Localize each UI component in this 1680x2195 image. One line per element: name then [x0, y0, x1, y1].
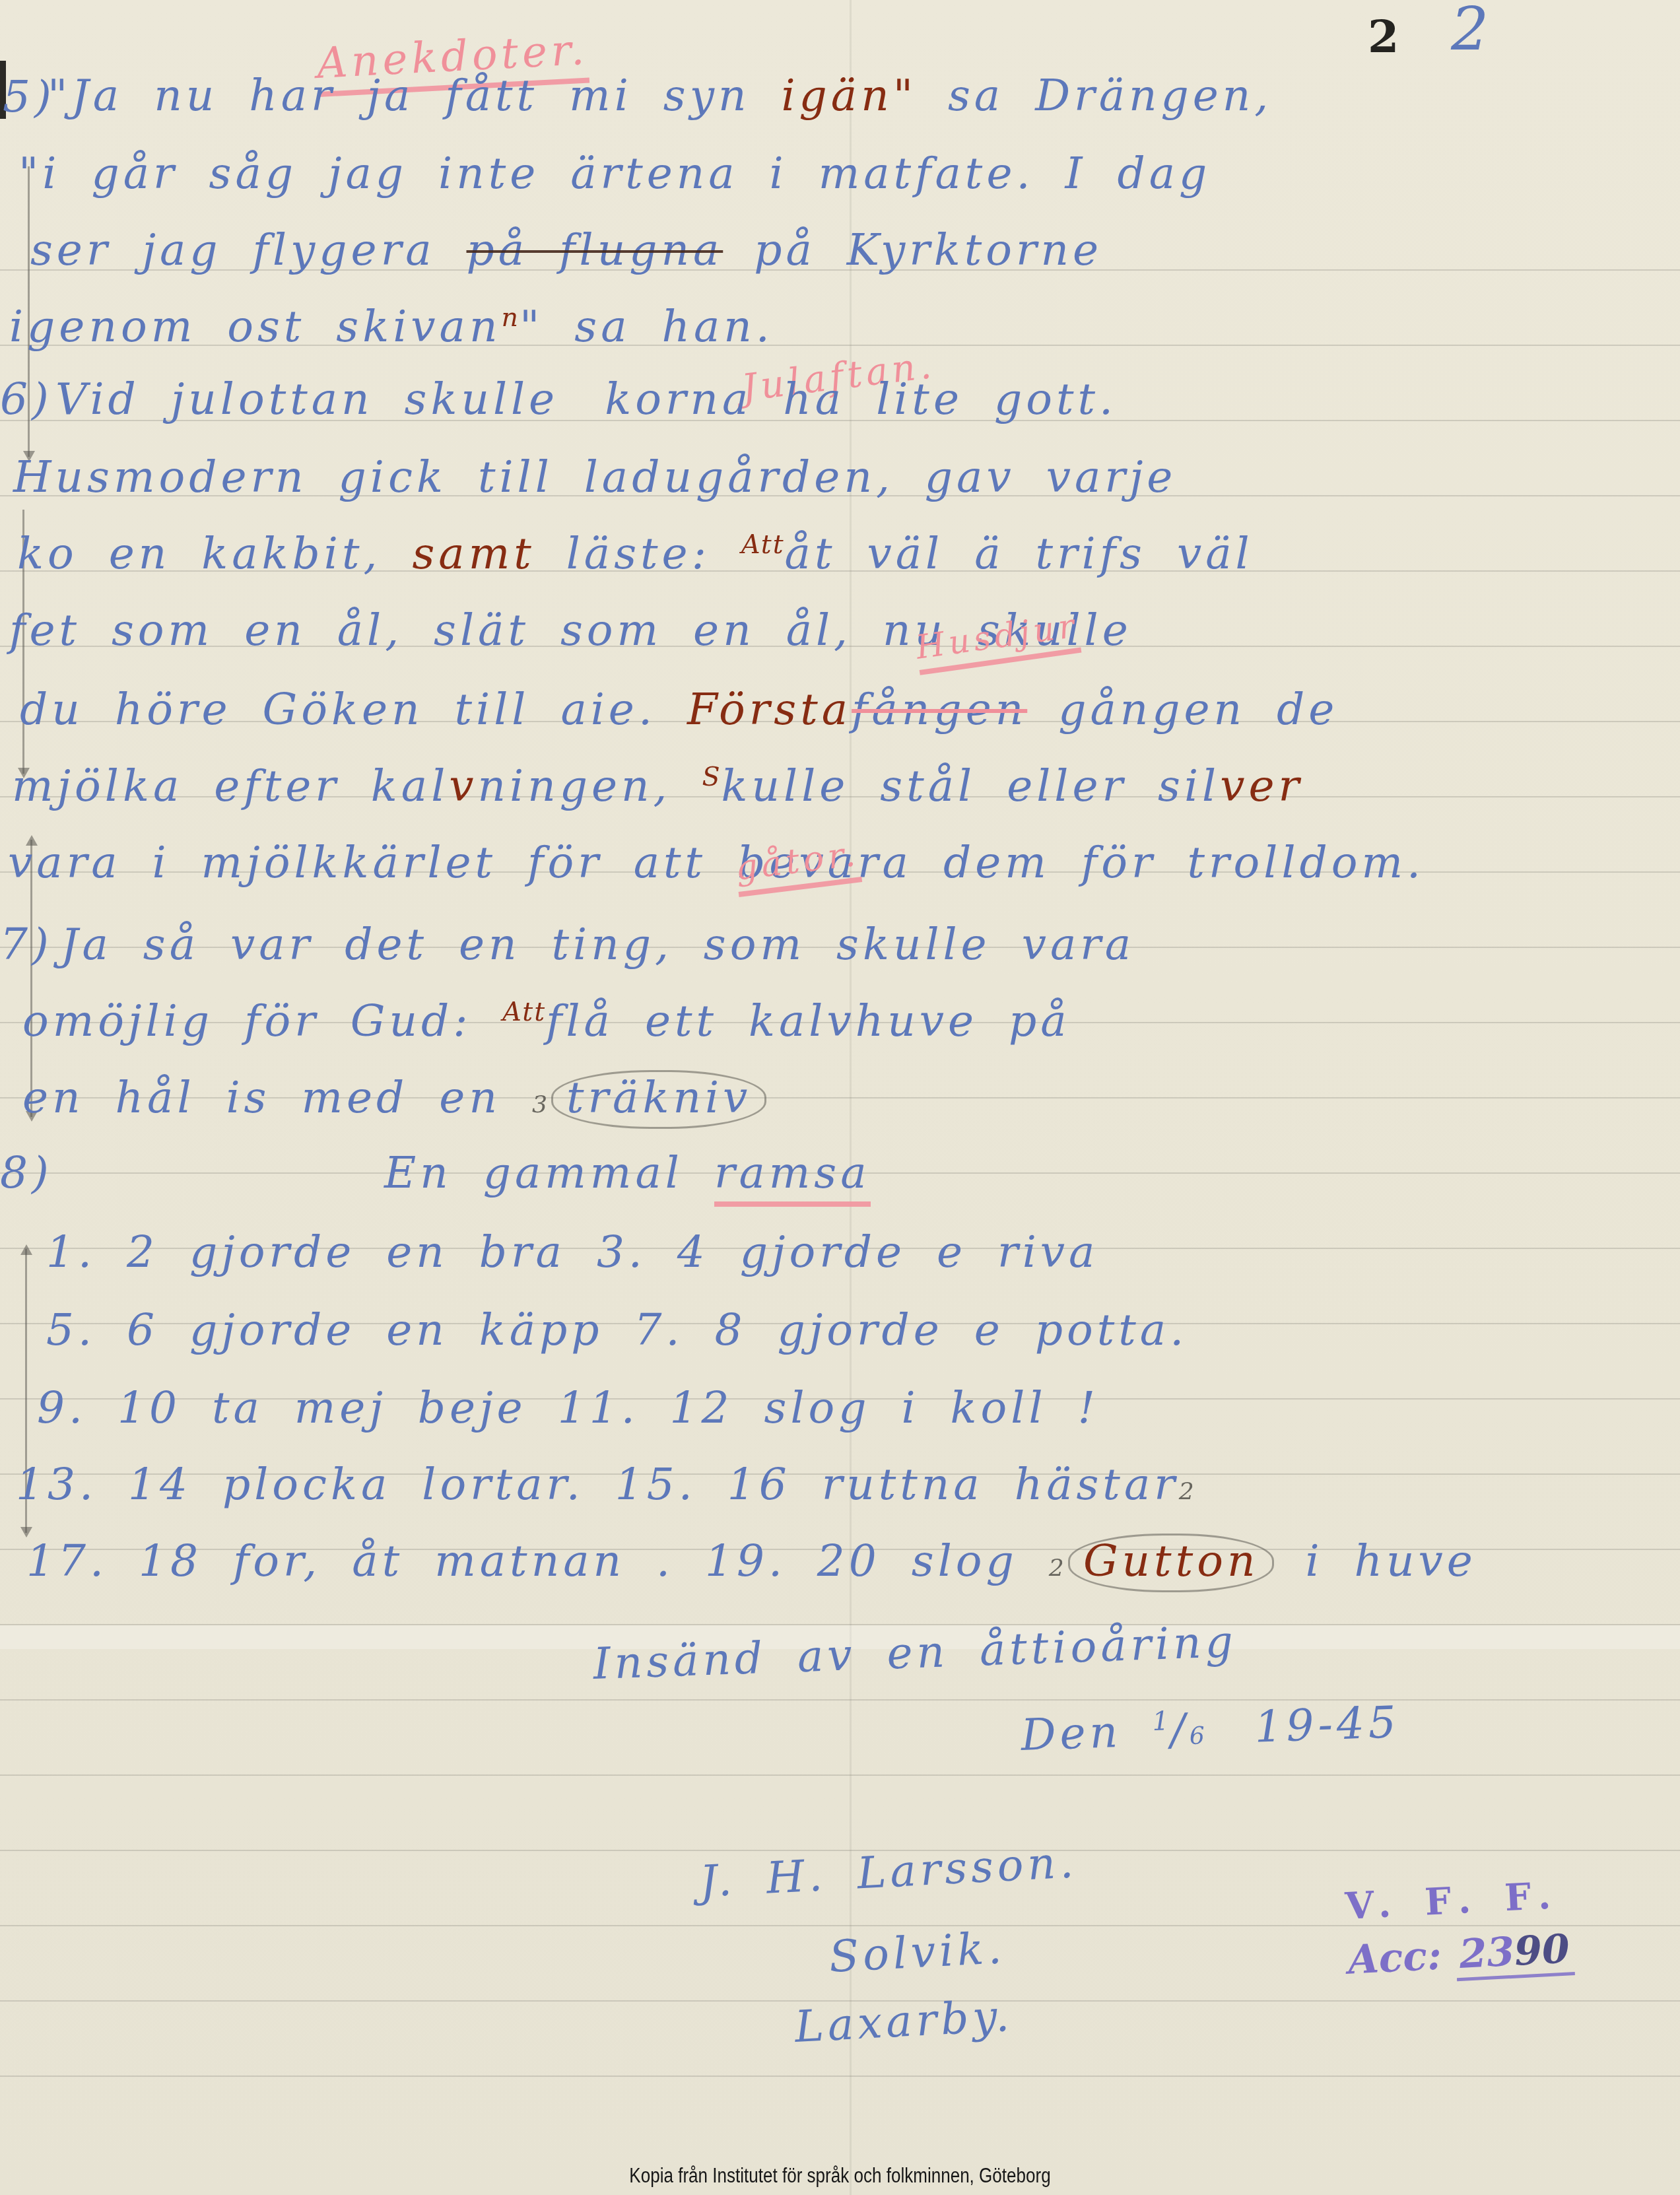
rhyme-line-2: 5. 6 gjorde en käpp 7. 8 gjorde e potta. [46, 1304, 1188, 1355]
section-8-marker: 8) [0, 1147, 53, 1198]
struck-word-fangen: fången [852, 684, 1027, 735]
correction-v: v [449, 760, 477, 811]
circled-word-gutton: Gutton [1068, 1534, 1275, 1592]
pencil-number-2b: 2 [1179, 1477, 1198, 1505]
rhyme-line-4-text: 13. 14 plocka lortar. 15. 16 ruttna häst… [16, 1459, 1179, 1510]
page-number-stamped: 2 [1368, 11, 1399, 63]
date-fraction-numerator: 1 [1152, 1706, 1171, 1737]
line-s6-1: Vid julottan skullekorna ha lite gott. [55, 374, 1117, 424]
closing-date-line: Den 1/619-45 [1020, 1697, 1401, 1761]
correction-n: n [501, 302, 520, 333]
section-7-marker: 7) [0, 919, 53, 970]
line-s6-7: vara i mjölkkärlet för att bevara dem fö… [8, 837, 1425, 888]
archive-stamp-initials: V. F. F. [1344, 1873, 1572, 1928]
scanned-manuscript-page: 2 2 Anekdoter. 5) "Ja nu har ja fått mi … [0, 0, 1680, 2195]
acc-number-handwritten: 90 [1513, 1926, 1570, 1975]
line-s5-1: "Ja nu har ja fått mi syn igän" sa Dräng… [48, 70, 1272, 121]
signature-place-1: Solvik. [828, 1922, 1007, 1982]
correction-att-2: Att [502, 997, 546, 1027]
line-s6-1-a: Vid julottan skulle [55, 374, 558, 424]
page-number-handwritten: 2 [1451, 0, 1489, 64]
rhyme-line-3: 9. 10 ta mej beje 11. 12 slog i koll ! [37, 1382, 1099, 1433]
line-s6-5: du höre Göken till aie. Förstafången gån… [20, 684, 1338, 735]
circled-word-trakniv: träkniv [551, 1070, 766, 1129]
correction-ver: ver [1220, 760, 1303, 811]
line-s7-3-a: en hål is med en [22, 1072, 532, 1123]
line-s6-5-b: gången de [1027, 684, 1338, 735]
ramsa-heading-underlined: ramsa [714, 1147, 871, 1207]
line-s6-6-c: kulle stål eller sil [722, 760, 1221, 811]
line-s5-4-b: " sa han. [520, 301, 774, 352]
rhyme-line-5-c: i huve [1274, 1536, 1476, 1586]
archive-stamp-acc-label: Acc: [1347, 1933, 1442, 1984]
line-s6-3-a: ko en kakbit, [17, 528, 412, 579]
line-s6-3: ko en kakbit, samt läste: Attåt väl ä tr… [17, 528, 1254, 579]
struck-words-pa-flugna: på flugna [467, 224, 723, 275]
closing-date-prefix: Den [1020, 1705, 1153, 1761]
pencil-number-2: 2 [1049, 1553, 1068, 1582]
rhyme-line-1: 1. 2 gjorde en bra 3. 4 gjorde e riva [46, 1227, 1098, 1277]
line-s7-2-b: flå ett kalvhuve på [546, 996, 1071, 1046]
line-s6-3-c: åt väl ä trifs väl [785, 528, 1254, 579]
date-gap [1209, 1742, 1255, 1743]
pencil-number-3: 3 [532, 1090, 551, 1118]
date-fraction-slash: / [1170, 1704, 1190, 1755]
acc-number-stamped: 23 [1458, 1929, 1516, 1978]
archive-stamp: V. F. F. Acc: 2390 [1344, 1873, 1574, 1984]
correction-samt: samt [412, 528, 535, 579]
date-fraction-denominator: 6 [1189, 1721, 1209, 1750]
correction-att-1: Att [741, 529, 785, 560]
line-s6-3-b: läste: [535, 528, 741, 579]
archive-copy-caption: Kopia från Institutet för språk och folk… [135, 2164, 1546, 2188]
line-s7-2-a: omöjlig för Gud: [22, 996, 502, 1046]
line-s6-1-b: korna ha lite gott. [605, 374, 1117, 424]
correction-forsta: Första [687, 684, 852, 735]
line-s6-6: mjölka efter kalvningen, Skulle stål ell… [12, 760, 1303, 811]
archive-stamp-acc-number: 2390 [1454, 1926, 1575, 1981]
line-s5-4-a: igenom ost skivan [9, 301, 501, 352]
ramsa-heading-a: En gammal [384, 1147, 714, 1198]
ramsa-heading: En gammal ramsa [384, 1147, 871, 1198]
line-s6-6-a: mjölka efter kal [12, 760, 449, 811]
line-s5-4: igenom ost skivann" sa han. [9, 301, 774, 352]
section-6-marker: 6) [0, 374, 53, 424]
line-s5-2: "i går såg jag inte ärtena i matfate. I … [18, 148, 1211, 199]
line-s5-3-a: ser jag flygera [30, 224, 467, 275]
signature-name: J. H. Larsson. [698, 1837, 1079, 1907]
line-s6-5-a: du höre Göken till aie. [20, 684, 687, 735]
line-s6-6-b: ningen, [478, 760, 702, 811]
archive-stamp-acc-line: Acc: 2390 [1347, 1926, 1574, 1984]
line-s7-3: en hål is med en 3träkniv [22, 1072, 766, 1123]
line-s7-2: omöjlig för Gud: Attflå ett kalvhuve på [22, 996, 1071, 1046]
line-s5-1-text: "Ja nu har ja fått mi syn [48, 70, 781, 121]
line-s6-2: Husmodern gick till ladugården, gav varj… [13, 452, 1176, 502]
line-s7-1: Ja så var det en ting, som skulle vara [61, 919, 1135, 970]
rhyme-line-5-a: 17. 18 for, åt matnan . 19. 20 slog [26, 1536, 1049, 1586]
rhyme-line-4: 13. 14 plocka lortar. 15. 16 ruttna häst… [16, 1459, 1198, 1510]
correction-s: S [702, 762, 721, 792]
closing-year: 19-45 [1254, 1697, 1401, 1753]
line-s5-3: ser jag flygera på flugna på Kyrktorne [30, 224, 1102, 275]
line-s5-3-b: på Kyrktorne [723, 224, 1102, 275]
signature-place-2: Laxarby. [793, 1990, 1015, 2052]
correction-igan: igän" [781, 70, 917, 121]
rhyme-line-5: 17. 18 for, åt matnan . 19. 20 slog 2Gut… [26, 1536, 1477, 1586]
line-s5-1-tail: sa Drängen, [917, 70, 1272, 121]
